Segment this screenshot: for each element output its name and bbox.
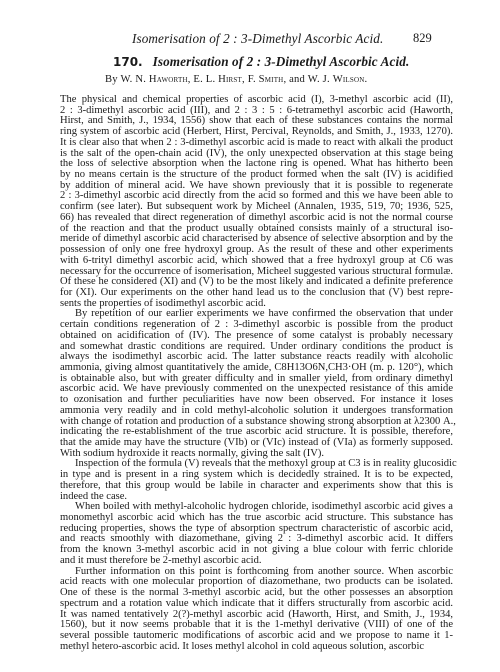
text-line: with 6-trityl dimethyl ascorbic acid, wh… bbox=[60, 256, 453, 267]
author-2: E. L. Hirst bbox=[193, 74, 242, 85]
author-1: W. N. Haworth bbox=[120, 74, 187, 85]
byline-and: and bbox=[289, 74, 305, 85]
byline: By W. N. Haworth, E. L. Hirst, F. Smith,… bbox=[105, 74, 367, 85]
text-line: therefore, that this group would be labi… bbox=[60, 481, 453, 492]
page-number: 829 bbox=[413, 31, 432, 46]
text-line: It is clear also that when 2 : 3-dimethy… bbox=[60, 138, 453, 149]
paragraph: Inspection of the formula (V) reveals th… bbox=[60, 459, 453, 502]
paragraph: Further information on this point is for… bbox=[60, 567, 453, 653]
article-title-text: Isomerisation of 2 : 3-Dimethyl Ascorbic… bbox=[153, 54, 410, 69]
article-number: 170. bbox=[113, 55, 143, 69]
paragraph: When boiled with methyl-alcoholic hydrog… bbox=[60, 502, 453, 566]
author-4: W. J. Wilson bbox=[308, 74, 365, 85]
text-line: methyl hetero-ascorbic acid. It loses me… bbox=[60, 642, 453, 653]
running-head: Isomerisation of 2 : 3-Dimethyl Ascorbic… bbox=[0, 31, 500, 47]
text-line: spectrum and a rotation value which indi… bbox=[60, 599, 453, 610]
byline-prefix: By bbox=[105, 74, 118, 85]
text-line: obtained on acidification of (IV). The p… bbox=[60, 331, 453, 342]
article-title: 170.Isomerisation of 2 : 3-Dimethyl Asco… bbox=[113, 54, 409, 70]
running-title: Isomerisation of 2 : 3-Dimethyl Ascorbic… bbox=[132, 31, 383, 47]
paragraph: The physical and chemical properties of … bbox=[60, 95, 453, 309]
author-3: F. Smith bbox=[248, 74, 284, 85]
journal-page: Isomerisation of 2 : 3-Dimethyl Ascorbic… bbox=[0, 0, 500, 672]
paragraph: By repetition of our earlier experiments… bbox=[60, 309, 453, 459]
text-line: ammonia very readily and in cold methyl-… bbox=[60, 406, 453, 417]
article-body: The physical and chemical properties of … bbox=[60, 95, 453, 652]
